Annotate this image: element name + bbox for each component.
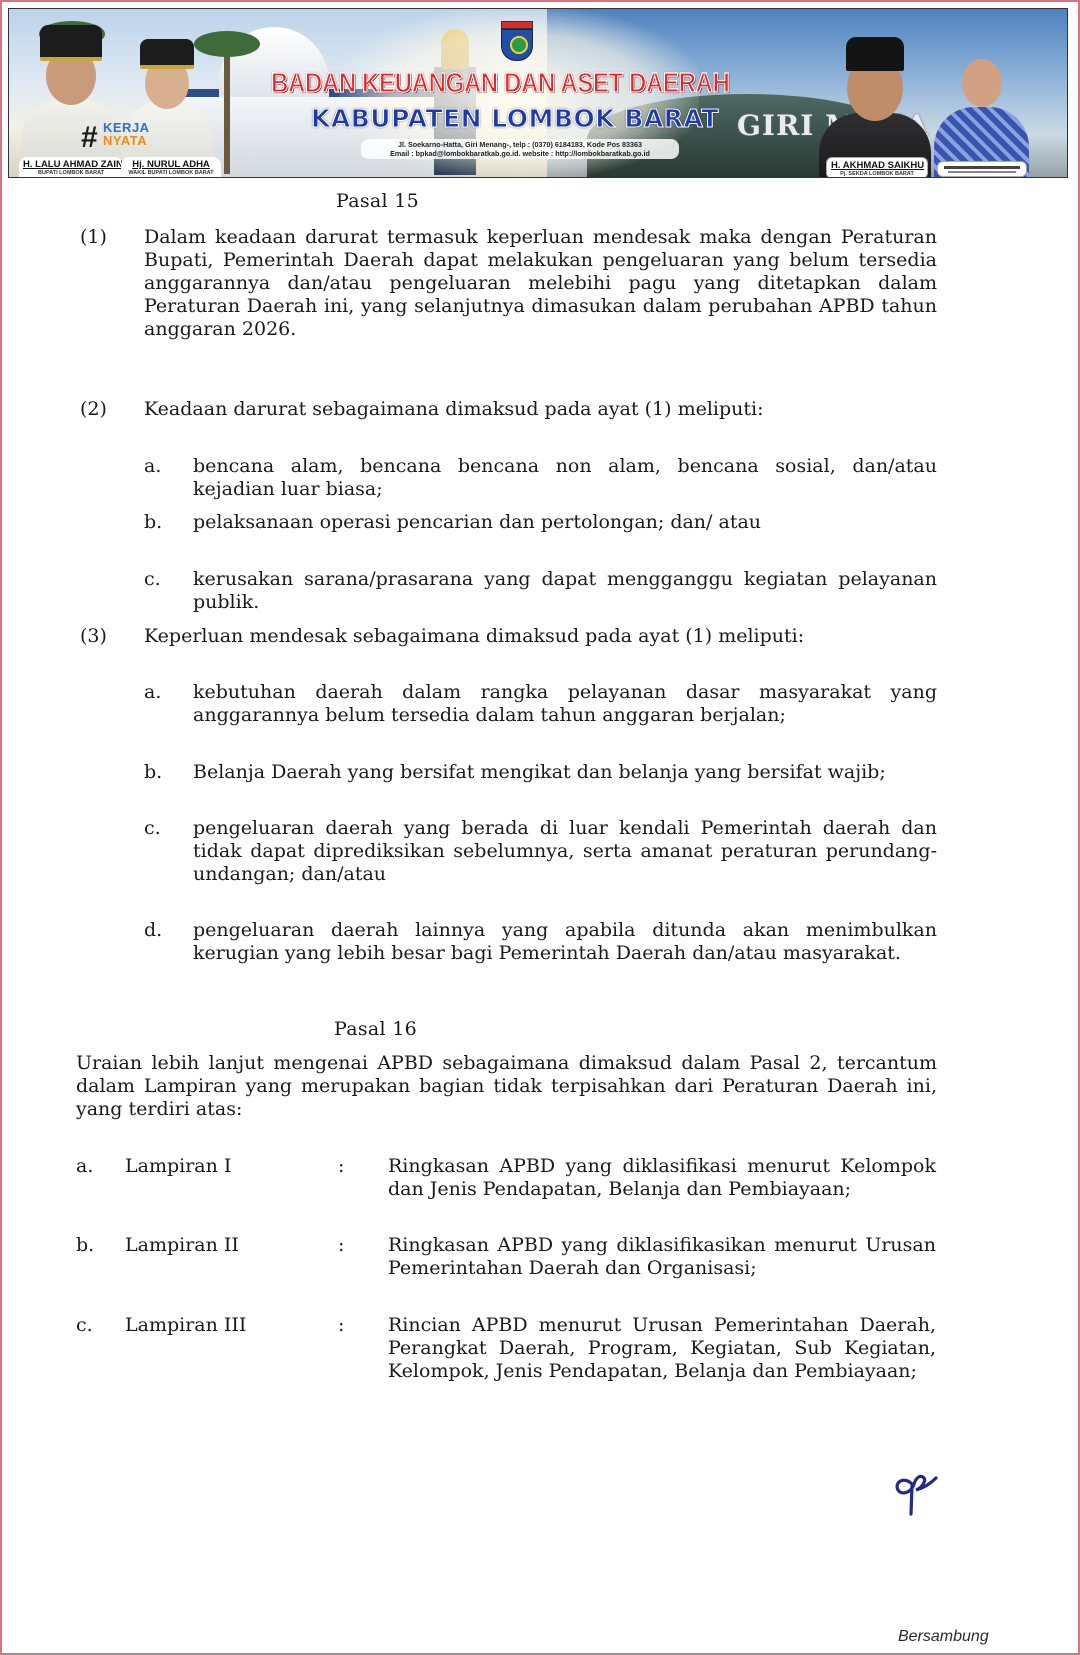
ayat-number: (2) bbox=[80, 398, 107, 421]
ayat-number: (3) bbox=[80, 625, 107, 648]
lampiran-description: Ringkasan APBD yang diklasifikasi menuru… bbox=[388, 1155, 936, 1201]
official-photo-sekda bbox=[819, 17, 931, 177]
lampiran-description: Rincian APBD menurut Urusan Pemerintahan… bbox=[388, 1314, 936, 1383]
ayat-number: (1) bbox=[80, 226, 107, 249]
paraf-signature-icon bbox=[890, 1462, 940, 1522]
official-name-tag: H. AKHMAD SAIKHU Pj. SEKDA LOMBOK BARAT bbox=[826, 157, 928, 178]
header-banner: GIRI MENA # KERJA NYATA BADAN KEUANGAN D… bbox=[8, 8, 1068, 178]
address-line: Jl. Soekarno-Hatta, Giri Menang-, telp :… bbox=[361, 140, 679, 149]
official-name-tag-illegible bbox=[937, 161, 1027, 177]
ayat-text: Keperluan mendesak sebagaimana dimaksud … bbox=[144, 625, 937, 648]
ayat-text: Keadaan darurat sebagaimana dimaksud pad… bbox=[144, 398, 937, 421]
pasal-16-heading: Pasal 16 bbox=[334, 1018, 417, 1041]
official-photo-wakil-bupati bbox=[121, 17, 213, 177]
official-name-tag: Hj. NURUL ADHA WAKIL BUPATI LOMBOK BARAT bbox=[121, 157, 221, 177]
continuation-note: Bersambung bbox=[898, 1628, 989, 1646]
pasal-16-intro: Uraian lebih lanjut mengenai APBD sebaga… bbox=[76, 1052, 937, 1121]
lampiran-label: Lampiran III bbox=[125, 1314, 246, 1337]
hashtag-icon: # bbox=[81, 123, 98, 153]
contact-line: Email : bpkad@lombokbaratkab.go.id. webs… bbox=[361, 149, 679, 158]
region-title: KABUPATEN LOMBOK BARAT bbox=[311, 104, 719, 133]
ayat-text: Dalam keadaan darurat termasuk keperluan… bbox=[144, 226, 937, 341]
palm-tree-icon bbox=[224, 39, 230, 174]
official-photo-bupati bbox=[21, 17, 121, 177]
official-photo-ketua-pkk bbox=[934, 17, 1029, 177]
lombok-barat-emblem-icon bbox=[501, 21, 533, 59]
lampiran-description: Ringkasan APBD yang diklasifikasikan men… bbox=[388, 1234, 936, 1280]
lampiran-label: Lampiran II bbox=[125, 1234, 239, 1257]
pasal-15-heading: Pasal 15 bbox=[336, 190, 419, 213]
lampiran-label: Lampiran I bbox=[125, 1155, 231, 1178]
official-name-tag: H. LALU AHMAD ZAINI BUPATI LOMBOK BARAT bbox=[19, 157, 123, 177]
agency-title: BADAN KEUANGAN DAN ASET DAERAH bbox=[271, 67, 729, 99]
agency-contact: Jl. Soekarno-Hatta, Giri Menang-, telp :… bbox=[361, 139, 679, 159]
